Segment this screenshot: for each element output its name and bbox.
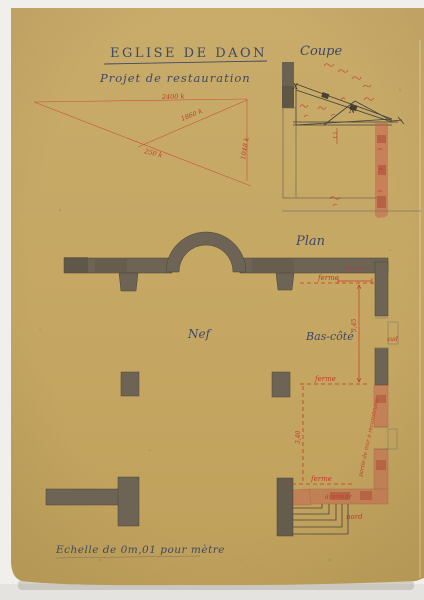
- canopy-label: Auvent: [345, 263, 370, 273]
- plan-pier-right: [272, 372, 290, 397]
- nave-label: Nef: [187, 327, 213, 341]
- plan-east-wall-upper: [375, 262, 388, 316]
- plan-pier-left: [121, 372, 139, 396]
- truss-label-3: ferme: [310, 475, 332, 483]
- dim-label-upper: 3,45: [351, 318, 358, 332]
- aisle-label: Bas-côté: [305, 330, 354, 343]
- plan-bottom-wall-arm: [46, 489, 119, 505]
- truss-label-2: ferme: [314, 375, 336, 383]
- plan-bottom-right-pier: [277, 478, 293, 536]
- plan-pilaster-right: [276, 273, 294, 290]
- coupe-section-label: Coupe: [300, 44, 342, 59]
- scale-note: Echelle de 0m,01 pour mètre: [55, 544, 225, 556]
- coupe-node-n: N: [348, 107, 356, 115]
- force-label-top: 2400 k: [161, 92, 185, 101]
- plan-east-wall-mid: [375, 348, 388, 385]
- scanned-drawing-page: EGLISE DE DAON Projet de restauration 24…: [0, 0, 424, 600]
- plan-wall-mottle-2: [252, 259, 294, 272]
- north-label: nord: [346, 513, 363, 521]
- plan-pilaster-left: [119, 273, 138, 291]
- page-title: EGLISE DE DAON: [110, 46, 267, 61]
- architectural-drawing: EGLISE DE DAON Projet de restauration 24…: [0, 0, 424, 600]
- plan-section-label: Plan: [295, 234, 325, 249]
- coupe-node-x: X: [292, 83, 299, 91]
- page-subtitle: Projet de restauration: [99, 71, 251, 85]
- drainage-label: drainage: [325, 493, 353, 501]
- dim-label-lower: 3,40: [295, 430, 302, 444]
- truss-label-1: ferme: [317, 274, 339, 282]
- plan-rebuilt-pier: [293, 489, 311, 505]
- plan-wall-end-shade: [64, 257, 88, 273]
- plan-wall-mottle-1: [95, 259, 127, 272]
- window-south-label: sud: [387, 336, 398, 343]
- plan-bottom-left-pier: [118, 477, 139, 526]
